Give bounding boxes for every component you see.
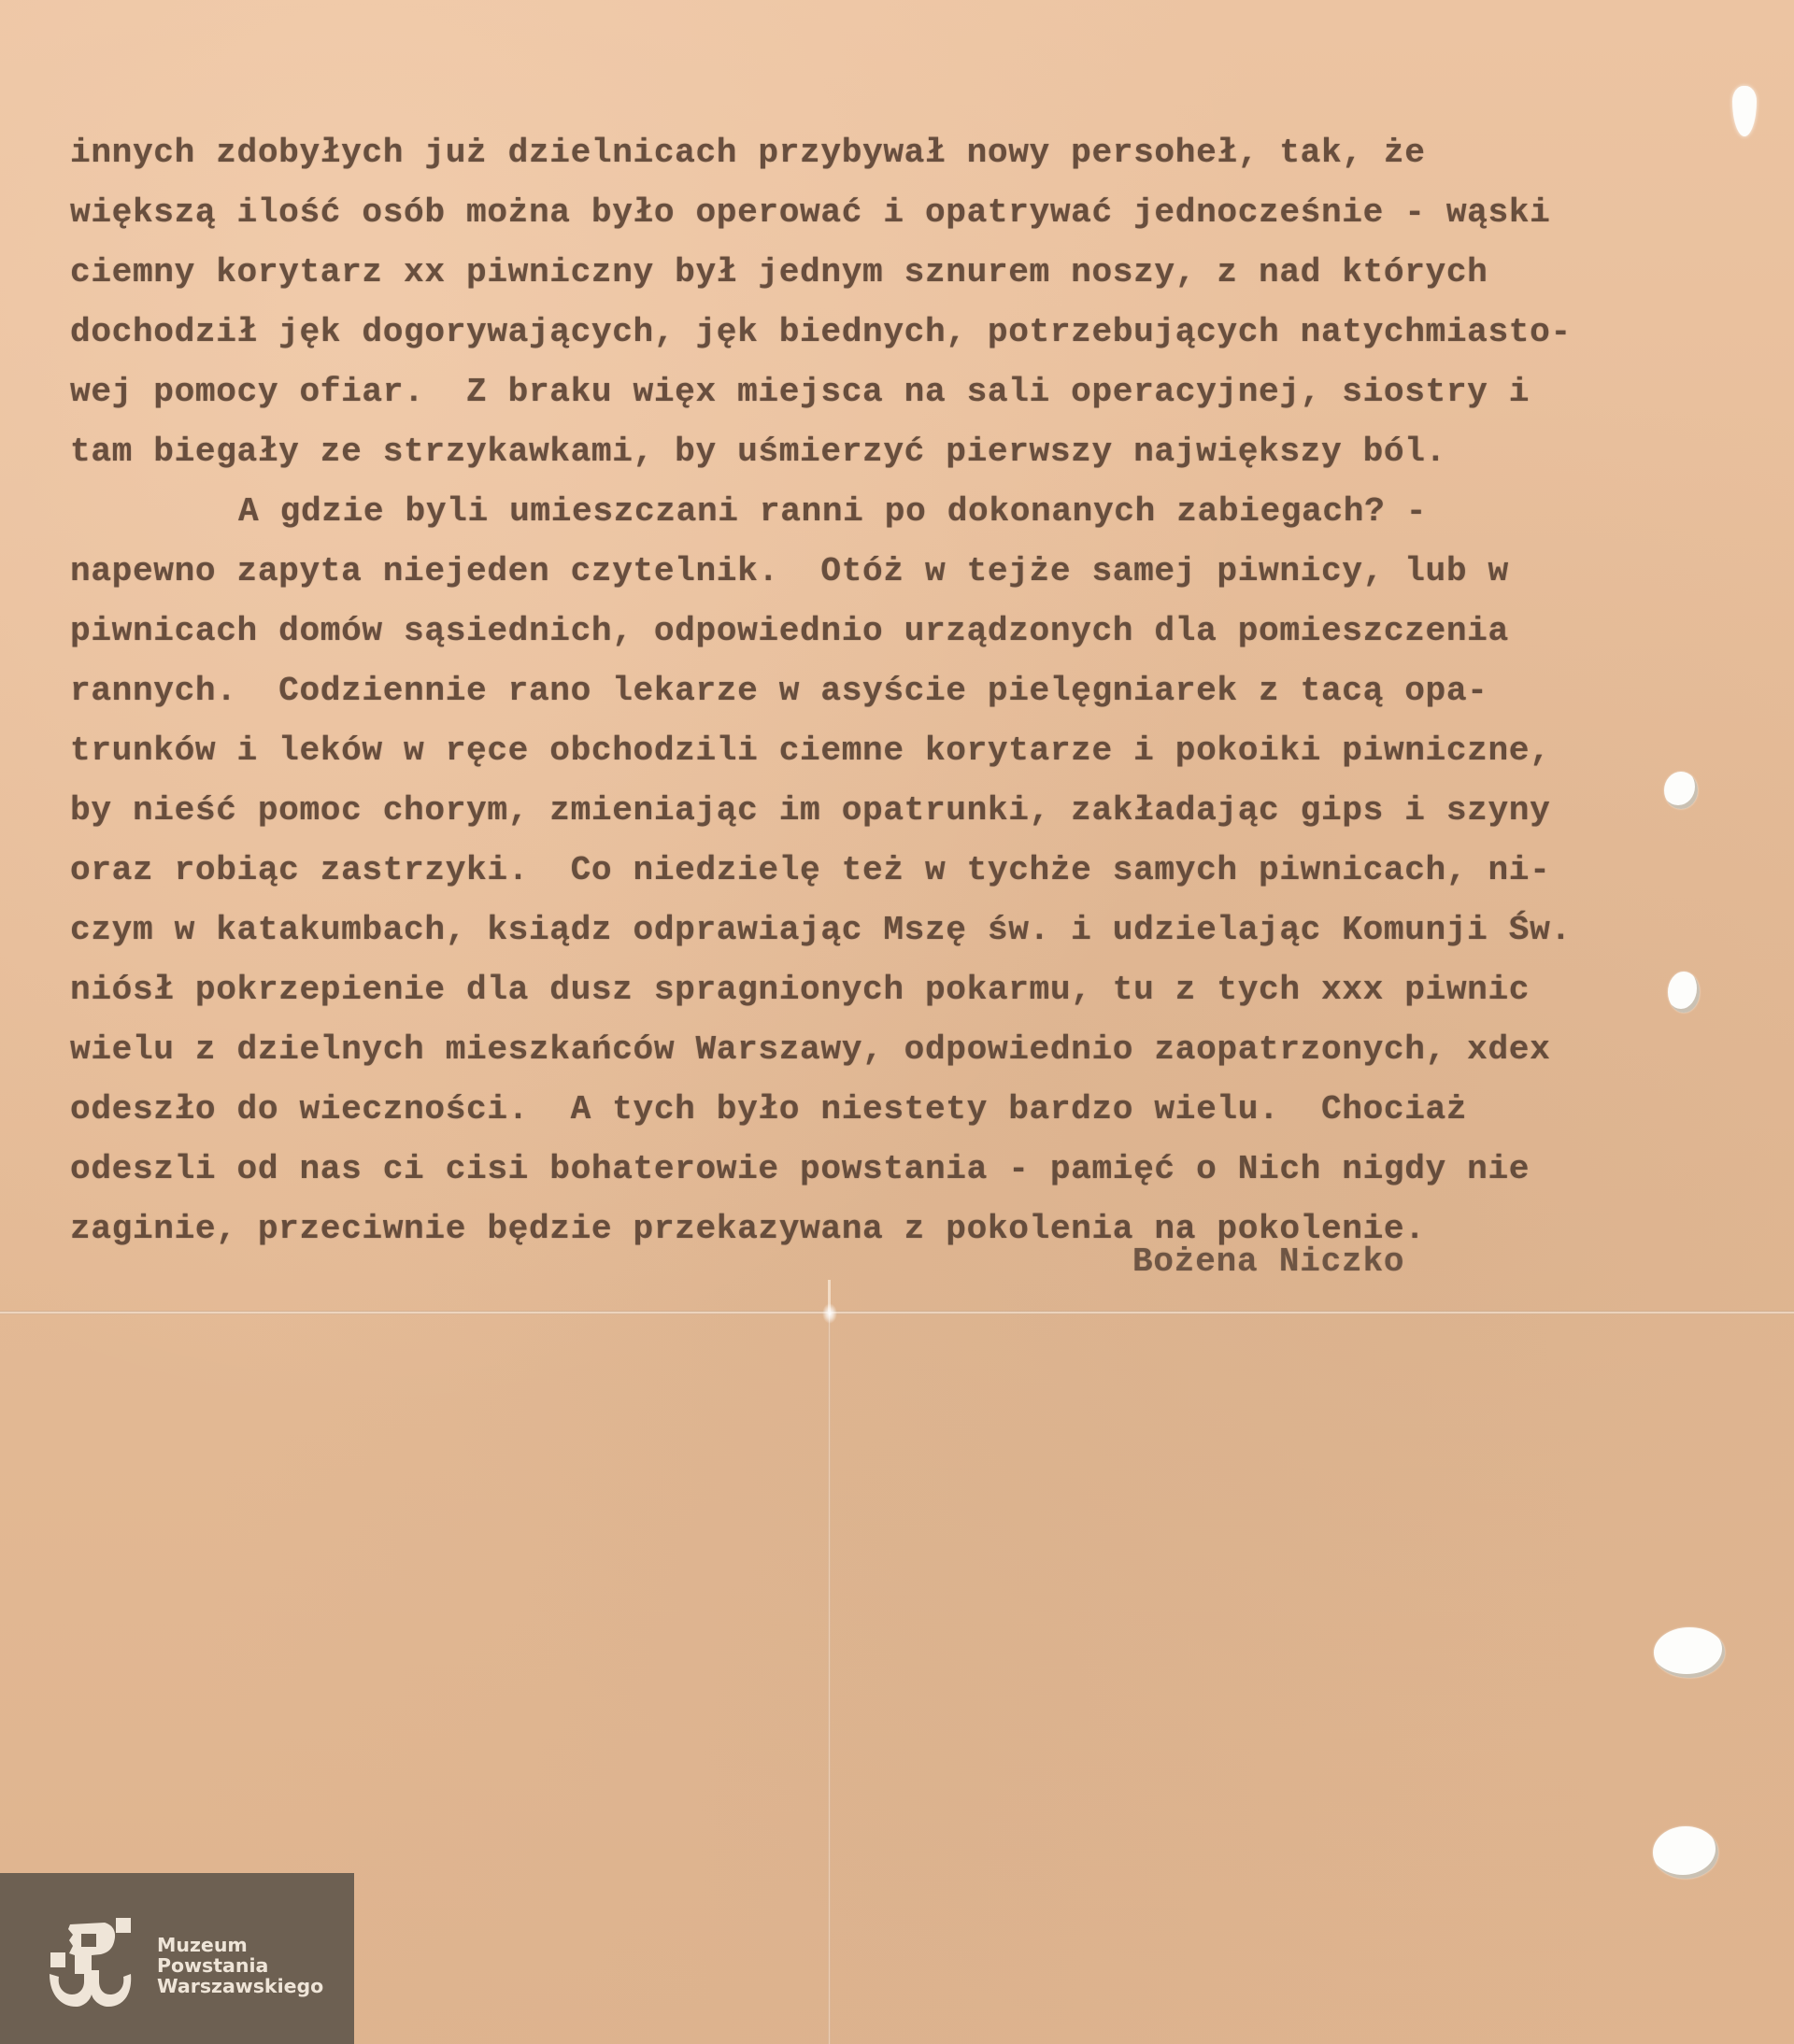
text-line: większą ilość osób można było operować i… — [70, 183, 1794, 243]
fold-crossing-tear — [822, 1303, 837, 1324]
text-line: odeszli od nas ci cisi bohaterowie powst… — [70, 1140, 1794, 1199]
museum-name-line-1: Muzeum — [157, 1935, 323, 1955]
horizontal-fold-line — [0, 1311, 1794, 1314]
text-line: piwnicach domów sąsiednich, odpowiednio … — [70, 602, 1794, 661]
vertical-fold-line — [828, 1314, 831, 2044]
text-line: czym w katakumbach, ksiądz odprawiając M… — [70, 901, 1794, 960]
museum-name-line-3: Warszawskiego — [157, 1976, 323, 1996]
museum-name: Muzeum Powstania Warszawskiego — [157, 1935, 323, 1996]
text-line: zaginie, przeciwnie będzie przekazywana … — [70, 1199, 1794, 1259]
text-line-paragraph-start: A gdzie byli umieszczani ranni po dokona… — [70, 482, 1794, 542]
text-line: wej pomocy ofiar. Z braku więx miejsca n… — [70, 362, 1794, 422]
punch-hole — [1653, 1826, 1718, 1879]
text-line: ciemny korytarz xx piwniczny był jednym … — [70, 243, 1794, 303]
author-signature: Bożena Niczko — [1132, 1242, 1404, 1281]
punch-hole — [1654, 1627, 1725, 1678]
text-line: by nieść pomoc chorym, zmieniając im opa… — [70, 781, 1794, 841]
museum-watermark: Muzeum Powstania Warszawskiego — [0, 1873, 354, 2044]
text-line: wielu z dzielnych mieszkańców Warszawy, … — [70, 1020, 1794, 1080]
text-line: rannych. Codziennie rano lekarze w asyśc… — [70, 661, 1794, 721]
text-line: innych zdobyłych już dzielnicach przybyw… — [70, 123, 1794, 183]
museum-name-line-2: Powstania — [157, 1955, 323, 1976]
text-line: trunków i leków w ręce obchodzili ciemne… — [70, 721, 1794, 781]
kotwica-anchor-icon — [47, 1918, 140, 2011]
punch-hole — [1668, 972, 1700, 1013]
text-line: napewno zapyta niejeden czytelnik. Otóż … — [70, 542, 1794, 602]
punch-hole — [1664, 772, 1698, 809]
text-line: niósł pokrzepienie dla dusz spragnionych… — [70, 960, 1794, 1020]
text-line: dochodził jęk dogorywających, jęk biedny… — [70, 303, 1794, 362]
text-line: tam biegały ze strzykawkami, by uśmierzy… — [70, 422, 1794, 482]
text-line: oraz robiąc zastrzyki. Co niedzielę też … — [70, 841, 1794, 901]
text-line: odeszło do wieczności. A tych było niest… — [70, 1080, 1794, 1140]
typewritten-text-body: innych zdobyłych już dzielnicach przybyw… — [70, 123, 1794, 1259]
